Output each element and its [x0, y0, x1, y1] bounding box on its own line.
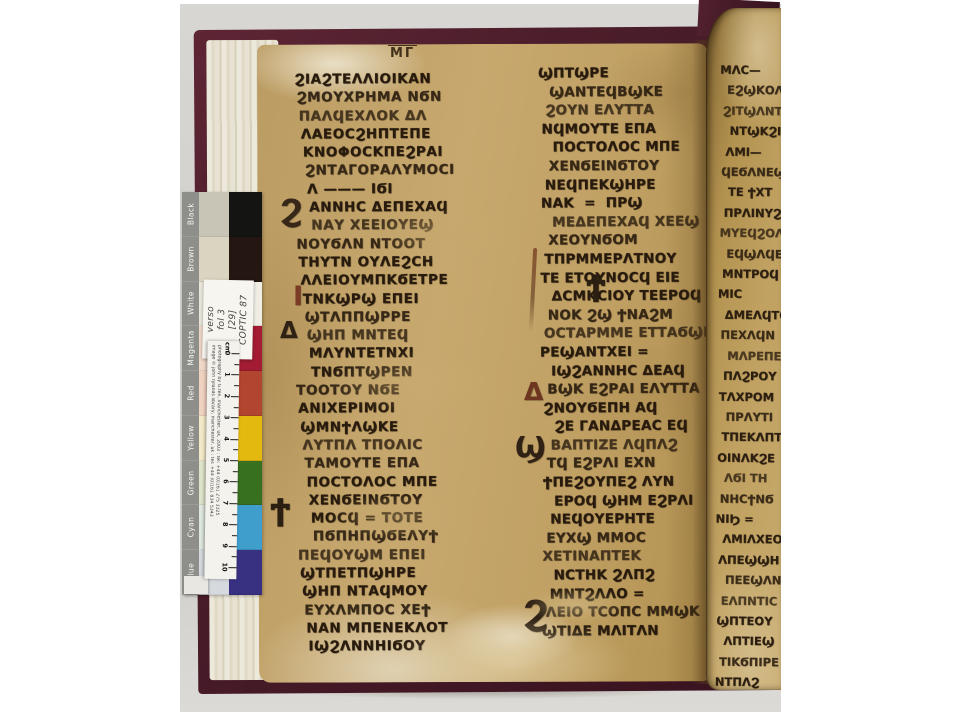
- ruler-minor-tick: [233, 514, 238, 515]
- left-page-column-1: ϨΙΑϨΤΕΛΛΙΟΙΚΑΝϨΜΟΥΧΡΗΜΑ ΝϬΝΠΑΛϤΕΧΛΟΚ ΔΛΛ…: [294, 69, 517, 656]
- manuscript-line: ϢΤΠΕΤΠϢΗΡΕ: [300, 563, 517, 582]
- ruler-minor-tick: [233, 492, 238, 493]
- ruler-number: 5: [222, 458, 230, 463]
- color-chart-tint-patch: [199, 192, 229, 237]
- photographic-ruler: cm 012345678910 photography by G.ten, ma…: [204, 341, 239, 579]
- manuscript-line: ΙϢϨΑΝΝΗϹ ΔΕΑϤ: [551, 361, 712, 381]
- right-parchment-page: ΜΛϹ—ΕϨϢΚΟΛΙΝϨΙΤϢΛΝΤΝΤϢΚϨΙΛΛΜΙ—ϤΕϬΛΝΕϢΤΤΕ…: [706, 8, 781, 690]
- ruler-minor-tick: [234, 407, 239, 408]
- manuscript-line: ΧΕΝϬΕΙΝϬΤΟΥ: [549, 156, 711, 176]
- shelfmark-line: fol 3: [217, 309, 228, 330]
- left-page-column-2: ϢΠΤϢΡΕϢΑΝΤΕϤΒϢΚΕϨΟΥΝ ΕΛΥΤΤΑΝϤΜΟΥΤΕ ΕΠΑΠΟ…: [538, 63, 714, 641]
- manuscript-line: ϢΑΝΤΕϤΒϢΚΕ: [549, 82, 710, 102]
- manuscript-line: ΟΙΝΛΚϨΕ: [717, 447, 781, 468]
- manuscript-line: ΠΑΛϤΕΧΛΟΚ ΔΛ: [299, 106, 515, 125]
- manuscript-line: ΕΡΟϤ ϢΗΜ ΕϨΡΛΙ: [554, 491, 713, 511]
- color-chart-label-cell: Black: [182, 192, 199, 237]
- manuscript-line: ΤΠΡΜΜΕΡΛΤΝΟΥ: [544, 249, 711, 269]
- manuscript-line: ΤΝΚϢΡϢ ΕΠΕΙ: [303, 289, 516, 308]
- manuscript-line: ΤΗΥΤΝ ΟΥΛΕϨϹΗ: [298, 252, 515, 271]
- manuscript-line: ΛΠΤΙΕϢ: [723, 631, 781, 652]
- color-chart-label: Magenta: [186, 330, 195, 366]
- manuscript-line: ΙϢϨΛΝΝΗΙϬΟΥ: [308, 637, 517, 656]
- manuscript-line: ΑΝΙΧΕΡΙΜΟΙ: [298, 399, 516, 418]
- color-chart-label-cell: Brown: [182, 237, 199, 282]
- manuscript-line: ΝΤΠΛϨ: [715, 672, 781, 690]
- margin-initial: Ϯ: [586, 272, 606, 301]
- manuscript-line: ΠΟϹΤΟΛΟϹ ΜΠΕ: [553, 138, 711, 158]
- manuscript-line: ΤΕ ΕΤΟΥΝΟϹϤ ΕΙΕ: [540, 268, 711, 288]
- ruler-minor-tick: [234, 428, 239, 429]
- ruler-major-tick: [230, 482, 238, 483]
- manuscript-line: ϨΕ ΓΑΝΔΡΕΑϹ ΕϤ: [554, 417, 712, 437]
- manuscript-line: ΠΕΧΛϤΝ: [720, 325, 781, 346]
- manuscript-line: ΜΛΡΕΠΕϹ: [727, 345, 781, 366]
- manuscript-line: ΝΕϤΠΕΚϢΗΡΕ: [545, 175, 711, 195]
- ruler-minor-tick: [232, 556, 237, 557]
- manuscript-line: ΕΛΠΝΤΙϹ: [721, 590, 781, 611]
- color-chart-label: Black: [186, 203, 195, 225]
- ruler-major-tick: [230, 460, 238, 461]
- margin-initial: Ϩ: [280, 197, 302, 227]
- manuscript-line: ΝΕϤΟΥΕΡΗΤΕ: [550, 510, 713, 530]
- ruler-number: 6: [222, 479, 230, 484]
- ruler-major-tick: [229, 546, 237, 547]
- manuscript-line: ΜΝΤϨΛΛΟ =: [550, 584, 714, 604]
- manuscript-line: ΠΛϨΡΟΥ: [723, 366, 781, 387]
- color-chart-label: Brown: [186, 246, 195, 272]
- manuscript-line: ϨΝΤΑΓΟΡΑΛΥΜΟϹΙ: [305, 161, 515, 180]
- manuscript-line: ΟϹΤΑΡΜΜΕ ΕΤΤΑϬϢΙ: [544, 324, 712, 344]
- ruler-number: 9: [221, 543, 229, 548]
- manuscript-line: ΛΜΙ—: [725, 141, 781, 162]
- color-chart-label: Green: [186, 470, 195, 495]
- manuscript-line: ΝΟΥϬΛΝ ΝΤΟΟΤ: [296, 234, 515, 253]
- ruler-major-tick: [231, 396, 239, 397]
- manuscript-line: ϢΜΝϮΛϢΚΕ: [300, 417, 516, 436]
- ruler-minor-tick: [235, 385, 240, 386]
- ruler-major-tick: [228, 567, 236, 568]
- manuscript-line: ΔΜΕΛϤΤΟΥ: [725, 305, 781, 326]
- color-chart-label: Cyan: [186, 517, 195, 538]
- color-chart-label-cell: Yellow: [182, 416, 199, 461]
- shelfmark-line: verso: [206, 306, 218, 332]
- manuscript-line: ϤΕϬΛΝΕϢΤ: [721, 162, 781, 183]
- manuscript-line: ΡΕϢΑΝΤΧΕΙ =: [540, 342, 712, 362]
- manuscript-line: ϨΟΥΝ ΕΛΥΤΤΑ: [545, 101, 710, 121]
- ruler-major-tick: [231, 417, 239, 418]
- manuscript-line: ΛΜΙΛΧΕΟΥ: [722, 529, 781, 550]
- manuscript-line: ΒΑΠΤΙΖΕ ΛϤΠΛϨ: [551, 435, 713, 455]
- manuscript-line: ϢΠΤΕΟΥ: [716, 611, 781, 632]
- manuscript-line: ΜΥΕϤϨΟΛ: [719, 223, 781, 244]
- page-number: ΜΓ: [388, 46, 417, 61]
- ruler-major-tick: [230, 439, 238, 440]
- manuscript-line: ΜΝΤΡΟϤ: [722, 264, 781, 285]
- ruler-major-tick: [231, 375, 239, 376]
- ruler-number: 10: [220, 562, 228, 571]
- color-chart-tint-patch: [199, 237, 229, 282]
- ruler-number: 1: [223, 372, 231, 377]
- manuscript-line: ΛΠΕϢϢΗ: [718, 549, 781, 570]
- manuscript-line: ϢΗΠ ΜΝΤΕϤ: [307, 326, 516, 345]
- manuscript-line: ϢΗΠ ΝΤΑϤΜΟΥ: [302, 582, 517, 601]
- manuscript-line: ΒϢΚ ΕϨΡΑΙ ΕΛΥΤΤΑ: [547, 379, 712, 399]
- manuscript-line: ΤΛΧΡΟΜ: [719, 386, 781, 407]
- color-chart-row: Brown: [182, 237, 262, 282]
- manuscript-line: ΜΛΥΝΤΕΤΝΧΙ: [309, 344, 516, 363]
- ruler-number: 0: [223, 351, 231, 356]
- manuscript-line: ϮΠΕϨΟΥΠΕϨ ΛΥΝ: [543, 472, 713, 492]
- margin-initial: Ϯ: [270, 496, 290, 526]
- color-chart-color-patch: [229, 192, 262, 237]
- color-chart-label-cell: White: [182, 282, 199, 327]
- manuscript-line: ΤΝϬΠΤϢΡΕΝ: [311, 362, 516, 381]
- manuscript-line: ΜΕΔΕΠΕΧΑϤ ΧΕΕϢ: [552, 212, 711, 232]
- margin-initial: Δ: [280, 320, 298, 343]
- shelfmark-line: [29]: [228, 310, 239, 330]
- manuscript-line: ΤΙΚϬΠΙΡΕ: [719, 651, 781, 672]
- manuscript-line: ΤΟΟΤΟΥ ΝϬΕ: [296, 380, 516, 399]
- right-page-column: ΜΛϹ—ΕϨϢΚΟΛΙΝϨΙΤϢΛΝΤΝΤϢΚϨΙΛΛΜΙ—ϤΕϬΛΝΕϢΤΤΕ…: [714, 60, 781, 690]
- manuscript-line: ΛΛΕΙΟΥΜΠΚϬΕΤΡΕ: [301, 271, 516, 290]
- page-number-text: ΜΓ: [388, 45, 417, 61]
- color-chart-label-cell: Green: [182, 461, 199, 506]
- manuscript-line: ΝΑΥ ΧΕΕΙΟΥΕϢ: [311, 216, 515, 235]
- margin-initial: Ι: [293, 283, 303, 310]
- manuscript-line: ΤΠΕΚΛΠΤ: [721, 427, 781, 448]
- manuscript-line: ΧΕΤΙΝΑΠΤΕΚ: [542, 547, 713, 567]
- ruler-major-tick: [229, 524, 237, 525]
- manuscript-line: ΚΝΟΦΟϹΚΠΕϨΡΑΙ: [303, 143, 515, 162]
- color-chart-label: Red: [186, 385, 195, 400]
- manuscript-line: ΔϹΜΚϹΙΟΥ ΤΕΕΡΟϤ: [552, 287, 712, 307]
- manuscript-line: ϨΜΟΥΧΡΗΜΑ ΝϬΝ: [297, 88, 515, 107]
- manuscript-line: ΝΑΝ ΜΠΕΝΕΚΛΟΤ: [306, 618, 517, 637]
- manuscript-line: ΕϨϢΚΟΛΙΝ: [727, 80, 781, 101]
- manuscript-line: ΜΛϹ—: [720, 60, 781, 81]
- color-chart-label-cell: Magenta: [182, 326, 199, 371]
- manuscript-line: ΝΟΚ ϨϢ ϮΝΑϨΜ: [548, 305, 712, 325]
- manuscript-line: ϨΝΟΥϬΕΠΗ ΑϤ: [543, 398, 712, 418]
- manuscript-line: ΤΑΜΟΥΤΕ ΕΠΑ: [304, 454, 516, 473]
- ruler-minor-tick: [235, 364, 240, 365]
- margin-initial: Δ: [524, 379, 543, 404]
- manuscript-line: ΤΕ ϮΧΤ: [728, 182, 781, 203]
- color-chart-color-patch: [229, 237, 262, 282]
- manuscript-line: ΛΥΤΠΛ ΤΠΟΛΙϹ: [302, 435, 516, 454]
- color-chart-row: Black: [182, 192, 262, 237]
- manuscript-line: ΕϤϢΛϤΕ: [726, 243, 781, 264]
- manuscript-line: ΝϤΜΟΥΤΕ ΕΠΑ: [541, 119, 710, 139]
- ruler-face: cm 012345678910 photography by G.ten, ma…: [204, 341, 239, 579]
- manuscript-line: ΜΟϹϤ = ΤΟΤΕ: [311, 509, 517, 528]
- ruler-minor-tick: [232, 535, 237, 536]
- ruler-minor-tick: [234, 449, 239, 450]
- manuscript-line: ΛΕΙΟ ΤϹΟΠϹ ΜΜϢΚ: [546, 603, 714, 623]
- manuscript-line: ΧΕΟΥΝϬΟΜ: [548, 231, 711, 251]
- manuscript-line: ΠΕϤΟΥϢΜ ΕΠΕΙ: [298, 545, 517, 564]
- manuscript-line: ΛϬΙ ΤΗ: [724, 468, 781, 489]
- manuscript-line: ϢΠΤϢΡΕ: [538, 63, 710, 83]
- manuscript-line: ΝΑΚ = ΠΡϢ: [541, 194, 711, 214]
- manuscript-line: ΝΤϢΚϨΙΛ: [729, 121, 781, 142]
- ruler-number: 3: [223, 415, 231, 420]
- manuscript-line: ΠΡΛΥΤΙ: [725, 407, 781, 428]
- manuscript-line: ΜΙϹ: [718, 284, 781, 305]
- ruler-number: 2: [223, 394, 231, 399]
- ruler-number: 8: [221, 522, 229, 527]
- color-chart-label: White: [186, 292, 195, 316]
- manuscript-line: ΝΙϦ =: [715, 509, 781, 530]
- ruler-major-tick: [229, 503, 237, 504]
- manuscript-line: ΑΝΝΗϹ ΔΕΠΕΧΑϤ: [309, 198, 515, 217]
- shelfmark-line: COPTIC 87: [238, 295, 250, 345]
- manuscript-line: ΠϬΠΗΠϢϬΕΛΥϮ: [313, 527, 517, 546]
- manuscript-line: ΝϹΤΗΚ ϨΛΠϨ: [553, 565, 713, 585]
- ruler-minor-tick: [233, 471, 238, 472]
- manuscript-line: ϨΙΤϢΛΝΤ: [723, 100, 781, 121]
- manuscript-line: ΕΥΧϢ ΜΜΟϹ: [546, 528, 713, 548]
- ruler-number: 4: [222, 436, 230, 441]
- manuscript-photograph-scene: ΜΓ ϨΙΑϨΤΕΛΛΙΟΙΚΑΝϨΜΟΥΧΡΗΜΑ ΝϬΝΠΑΛϤΕΧΛΟΚ …: [0, 0, 960, 720]
- manuscript-line: ΝΗϹϮΝϬ: [720, 488, 781, 509]
- ruler-major-tick: [231, 353, 239, 354]
- manuscript-line: ΠΡΛΙΝΥϨΝ: [724, 203, 781, 224]
- manuscript-line: ΠΟϹΤΟΛΟϹ ΜΠΕ: [307, 472, 517, 491]
- manuscript-line: ΛΑΕΟϹϨΗΠΤΕΠΕ: [301, 124, 515, 143]
- manuscript-line: ϢΤΙΔΕ ΜΛΙΤΛΝ: [542, 621, 714, 641]
- manuscript-line: Λ ——— ΙϬΙ: [307, 179, 515, 198]
- manuscript-line: ΕΥΧΛΜΠΟϹ ΧΕϮ: [304, 600, 517, 619]
- manuscript-line: ΧΕΝϬΕΙΝϬΤΟΥ: [309, 490, 517, 509]
- color-chart-label-cell: Red: [182, 371, 199, 416]
- manuscript-line: ΠΕΕϢΛΝ: [725, 570, 781, 591]
- color-chart-label-cell: Cyan: [182, 505, 199, 550]
- manuscript-line: ϢΤΛΠΠϢΡΡΕ: [305, 307, 516, 326]
- color-chart-label: Yellow: [186, 425, 195, 451]
- manuscript-line: ϨΙΑϨΤΕΛΛΙΟΙΚΑΝ: [294, 69, 514, 88]
- margin-initial: Ϣ: [515, 434, 546, 462]
- manuscript-line: ΤϤ ΕϨΡΛΙ ΕΧΝ: [547, 454, 713, 474]
- margin-initial: Ϩ: [523, 597, 548, 631]
- ruler-number: 7: [221, 501, 229, 506]
